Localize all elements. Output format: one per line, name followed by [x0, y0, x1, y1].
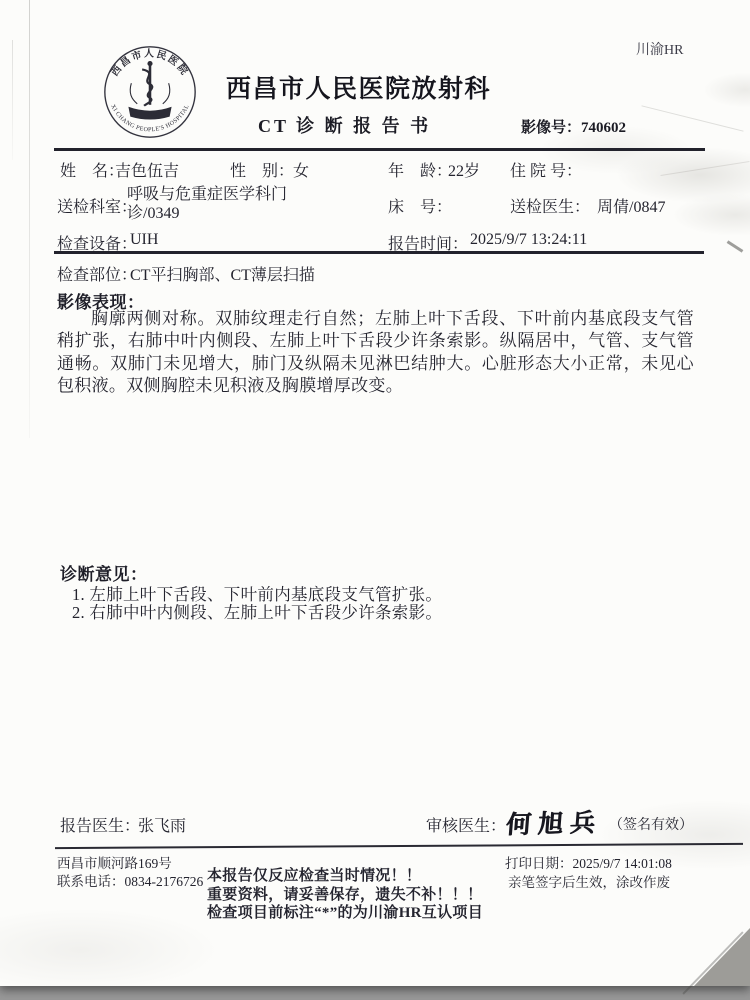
diagnosis-item: 2. 右肺中叶内侧段、左肺上叶下舌段少许条索影。 [72, 599, 442, 623]
divider [54, 251, 704, 254]
phone-value: 0834-2176726 [125, 874, 204, 889]
report-title: CT 诊 断 报 告 书 [258, 112, 431, 138]
paper-fold [694, 928, 750, 986]
signature-valid-note: （签名有效） [609, 814, 693, 834]
logo-year-ribbon: 1986 [128, 107, 171, 120]
report-doctor-label: 报告医生： [60, 813, 140, 836]
dept-label: 送检科室： [57, 194, 137, 217]
divider [55, 843, 743, 849]
sign-note: 亲笔签字后生效，涂改作废 [508, 871, 670, 891]
crease-mark [641, 105, 743, 131]
age-value: 22岁 [448, 158, 480, 181]
print-date-value: 2025/9/7 14:01:08 [573, 856, 672, 871]
age-label: 年 龄： [388, 158, 452, 181]
ref-doctor-value: 周倩/0847 [597, 194, 665, 217]
image-number-label: 影像号： [521, 120, 581, 136]
crease-mark [660, 161, 749, 176]
crease-mark [12, 40, 13, 160]
exam-part-value: CT平扫胸部、CT薄层扫描 [130, 262, 315, 285]
dept-value: 呼吸与危重症医学科门诊/0349 [127, 185, 295, 223]
review-doctor-label: 审核医生： [426, 813, 506, 836]
print-date-label: 打印日期： [505, 856, 573, 871]
print-date: 打印日期：2025/9/7 14:01:08 [505, 852, 672, 872]
hospital-phone: 联系电话：0834-2176726 [57, 870, 203, 890]
region-tag: 川渝HR [636, 39, 683, 59]
image-number-value: 740602 [581, 120, 626, 136]
image-number: 影像号：740602 [521, 116, 626, 137]
logo-year: 1986 [143, 109, 158, 118]
crease-mark [727, 240, 744, 252]
hospital-address: 西昌市顺河路169号 [57, 852, 172, 872]
hospital-name: 西昌市人民医院放射科 [226, 69, 491, 105]
notice-line: 检查项目前标注“*”的为川渝HR互认项目 [207, 901, 483, 922]
review-doctor-signature: 何旭兵 [505, 803, 604, 842]
report-page: 川渝HR 西昌市人民医院 XI CHANG PEOPLE'S HOSPITAL … [0, 0, 750, 986]
exam-part-label: 检查部位： [57, 262, 137, 285]
caduceus-icon [130, 61, 170, 106]
sex-label: 性 别： [230, 158, 294, 181]
ref-doctor-label: 送检医生： [510, 194, 590, 217]
device-value: UIH [130, 231, 158, 249]
crease-mark [29, 0, 30, 438]
sex-value: 女 [293, 158, 309, 181]
inpatient-label: 住 院 号： [510, 158, 582, 181]
report-time-value: 2025/9/7 13:24:11 [470, 231, 587, 249]
bed-label: 床 号： [388, 194, 452, 217]
report-doctor-value: 张飞雨 [138, 813, 186, 836]
findings-body: 胸廓两侧对称。双肺纹理走行自然；左肺上叶下舌段、下叶前内基底段支气管稍扩张，右肺… [57, 308, 694, 398]
notice-line: 本报告仅反应检查当时情况！！ [207, 864, 421, 885]
hospital-logo-icon: 西昌市人民医院 XI CHANG PEOPLE'S HOSPITAL 1986 [96, 40, 204, 148]
phone-label: 联系电话： [57, 874, 125, 889]
name-value: 吉色伍吉 [115, 158, 179, 181]
divider [54, 148, 705, 151]
